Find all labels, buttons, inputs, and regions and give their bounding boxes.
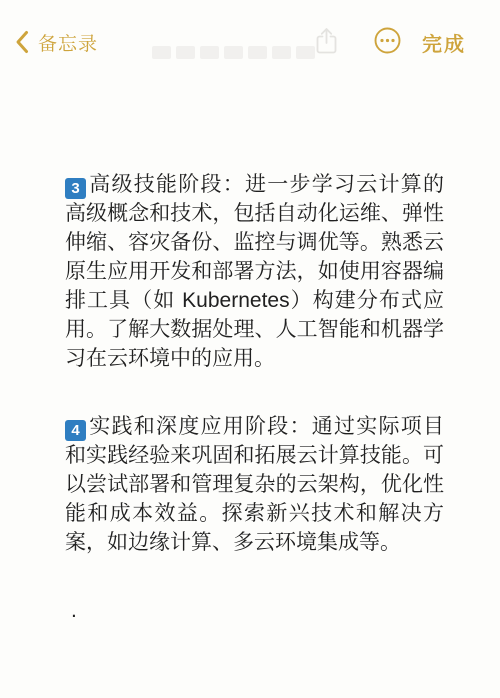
done-button[interactable]: 完成: [422, 28, 466, 57]
faint-watermark: [152, 46, 315, 59]
note-paragraph: 4实践和深度应用阶段：通过实际项目和实践经验来巩固和拓展云计算技能。可以尝试部署…: [65, 412, 444, 557]
share-icon: [315, 27, 338, 58]
paragraph-text: 实践和深度应用阶段：通过实际项目和实践经验来巩固和拓展云计算技能。可以尝试部署和…: [65, 415, 444, 554]
trailing-period: .: [65, 596, 444, 625]
step-badge-4: 4: [65, 420, 86, 441]
notes-app-screen: 备忘录 完成: [0, 0, 500, 698]
back-button-label: 备忘录: [38, 29, 98, 56]
paragraph-text: 高级技能阶段：进一步学习云计算的高级概念和技术，包括自动化运维、弹性伸缩、容灾备…: [65, 173, 444, 370]
nav-bar: 备忘录 完成: [0, 0, 500, 70]
back-button[interactable]: 备忘录: [15, 29, 98, 56]
more-options-button[interactable]: [374, 27, 401, 57]
step-badge-3: 3: [65, 178, 86, 199]
ellipsis-circle-icon: [374, 27, 401, 57]
share-button[interactable]: [315, 27, 338, 58]
note-editor[interactable]: 3高级技能阶段：进一步学习云计算的高级概念和技术，包括自动化运维、弹性伸缩、容灾…: [0, 170, 500, 625]
note-paragraph: 3高级技能阶段：进一步学习云计算的高级概念和技术，包括自动化运维、弹性伸缩、容灾…: [65, 170, 444, 373]
chevron-left-icon: [15, 30, 29, 54]
